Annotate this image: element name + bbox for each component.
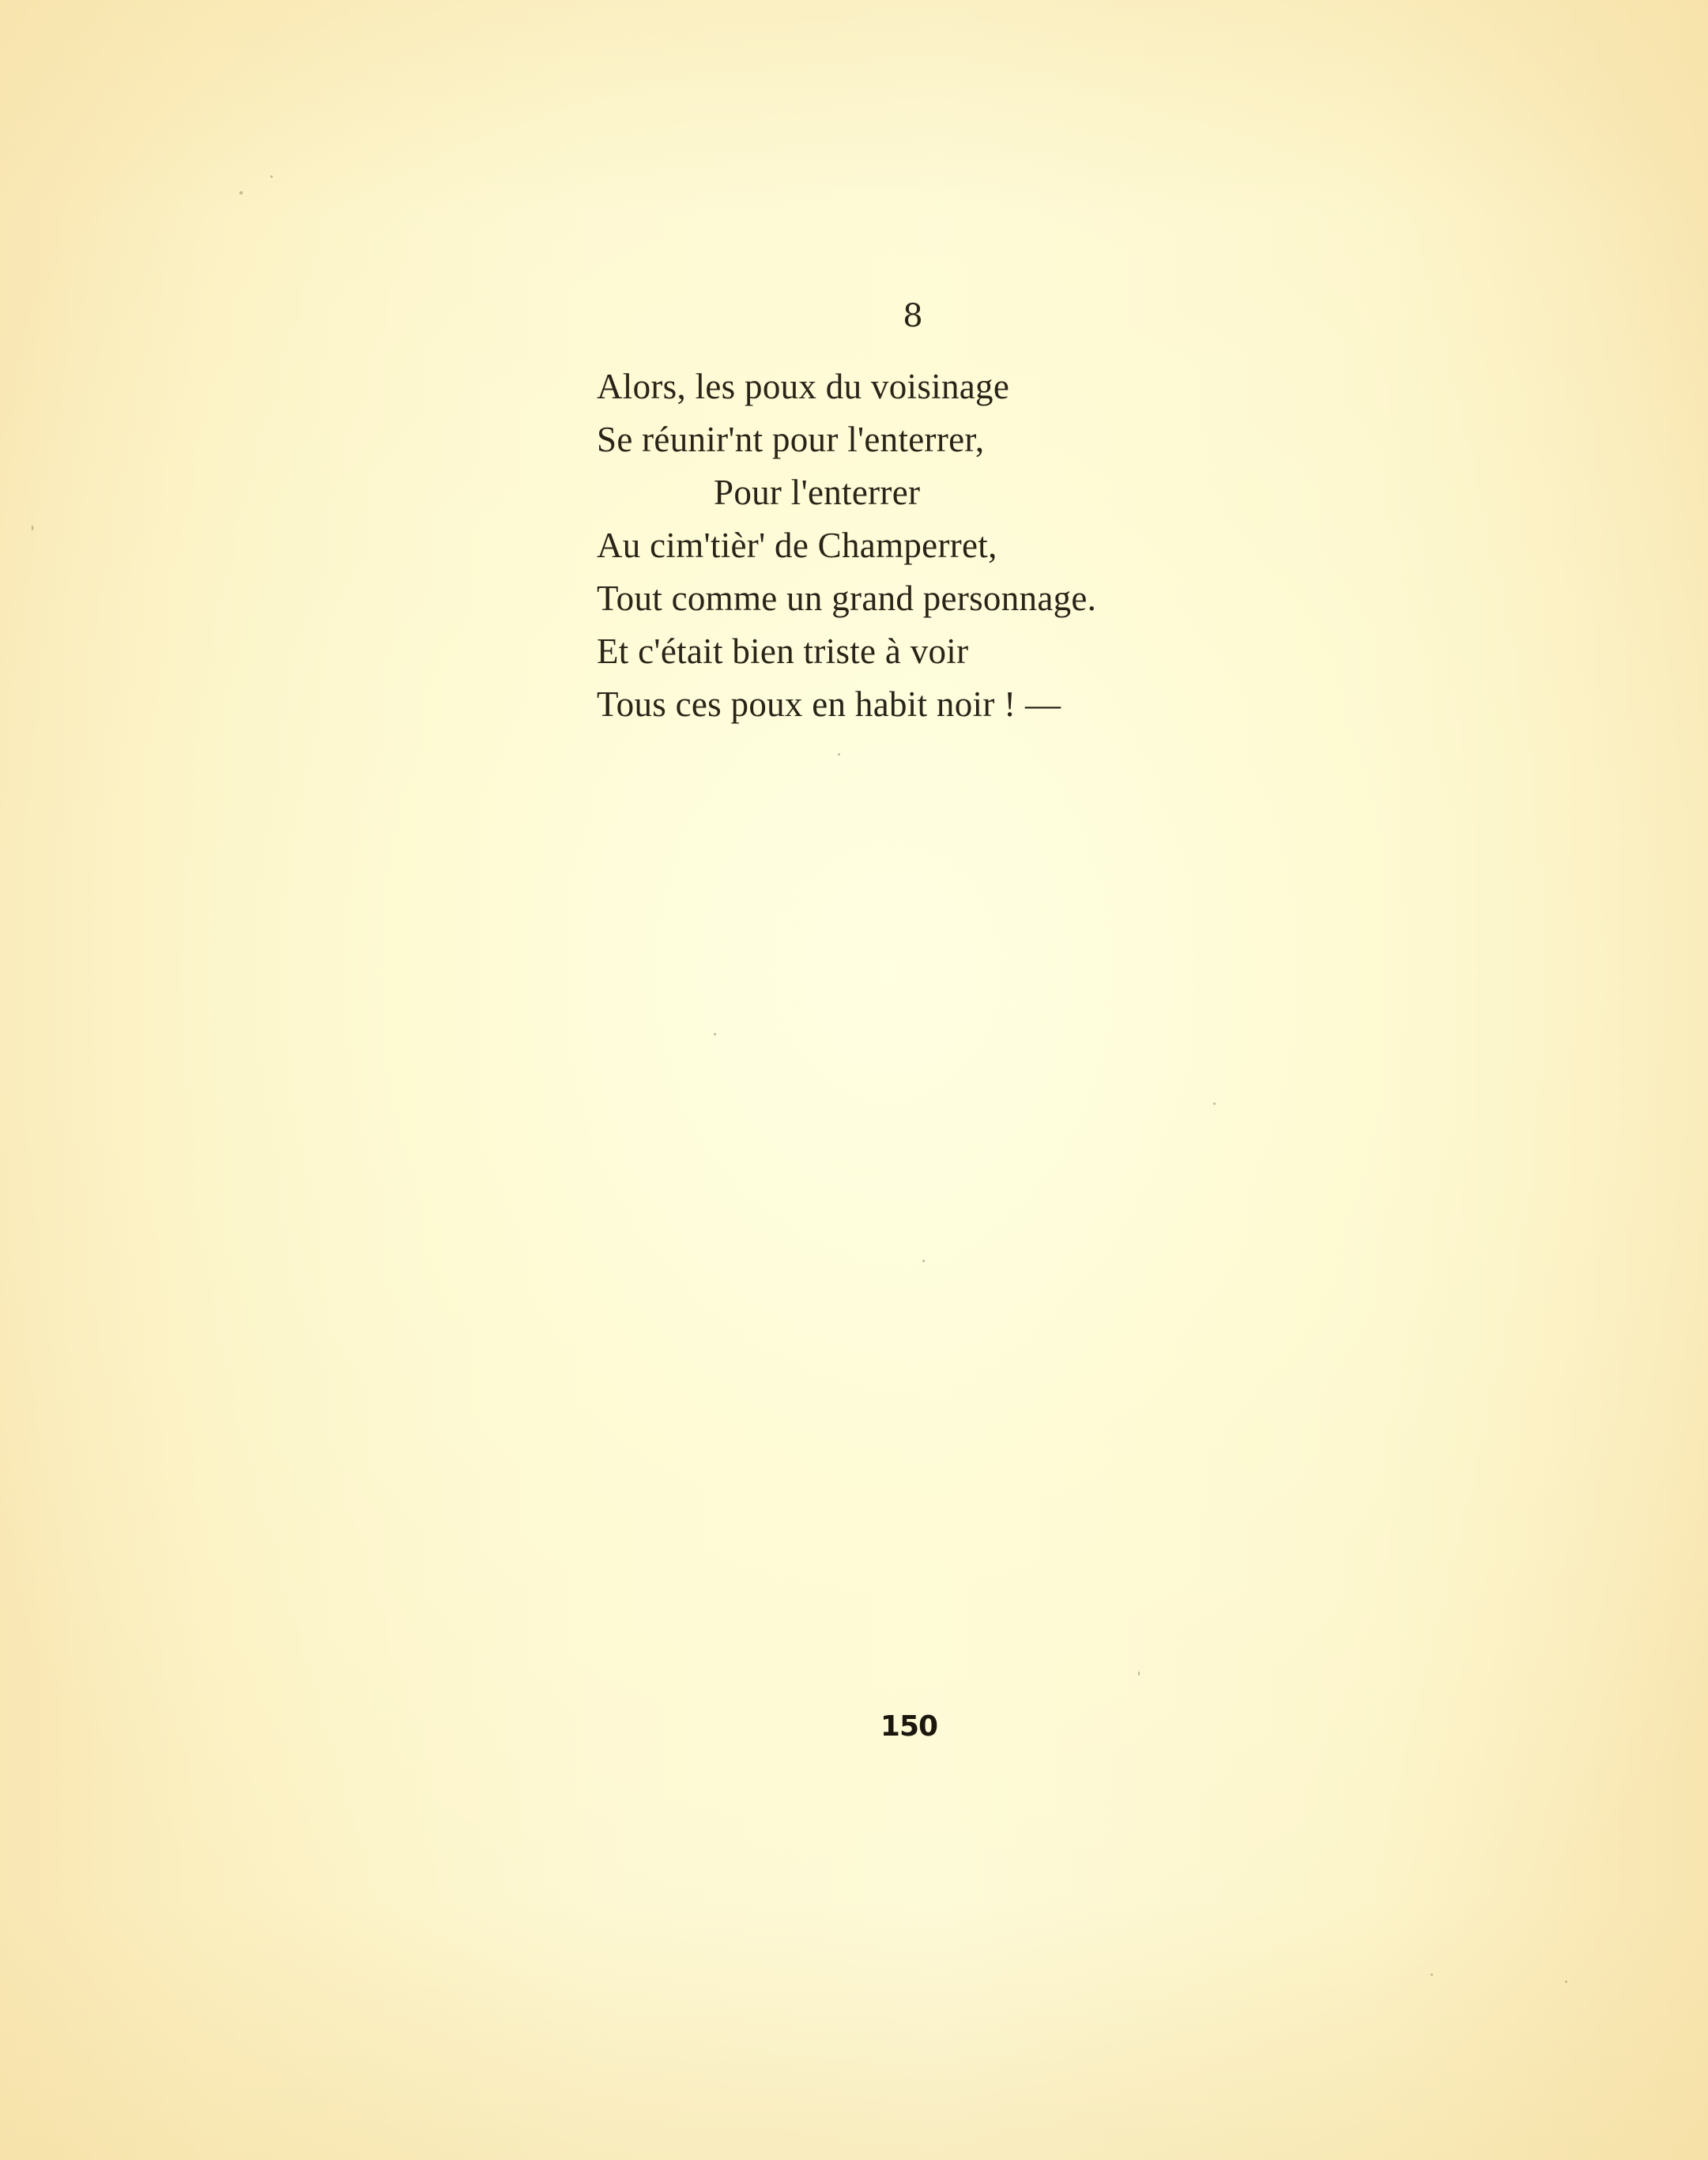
- verse-line: Tous ces poux en habit noir ! —: [597, 678, 1096, 731]
- verse-line: Et c'était bien triste à voir: [597, 625, 1096, 678]
- paper-speck: [1138, 1672, 1140, 1676]
- paper-speck: [1431, 1973, 1433, 1976]
- page-number: 150: [869, 1707, 948, 1747]
- paper-speck: [32, 526, 33, 530]
- verse-stanza: Alors, les poux du voisinage Se réunir'n…: [597, 360, 1096, 731]
- stanza-number: 8: [889, 294, 937, 338]
- verse-line: Au cim'tièr' de Champerret,: [597, 519, 1096, 572]
- verse-line: Tout comme un grand personnage.: [597, 572, 1096, 625]
- paper-speck: [922, 1260, 925, 1262]
- verse-line-indented: Pour l'enterrer: [597, 466, 1096, 519]
- verse-line: Alors, les poux du voisinage: [597, 360, 1096, 413]
- paper-speck: [239, 191, 243, 194]
- paper-speck: [714, 1033, 716, 1035]
- scanned-book-page: 8 Alors, les poux du voisinage Se réunir…: [0, 0, 1708, 2160]
- verse-line: Se réunir'nt pour l'enterrer,: [597, 413, 1096, 466]
- paper-speck: [1565, 1981, 1567, 1983]
- paper-speck: [838, 753, 840, 756]
- paper-speck: [1213, 1103, 1216, 1105]
- paper-speck: [270, 175, 273, 178]
